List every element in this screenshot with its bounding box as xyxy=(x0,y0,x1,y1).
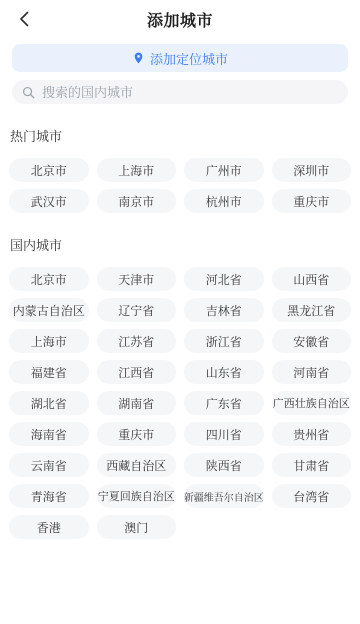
city-pill[interactable]: 杭州市 xyxy=(184,189,264,213)
city-pill[interactable]: 青海省 xyxy=(9,484,89,508)
city-pill[interactable]: 北京市 xyxy=(9,267,89,291)
city-grid: 北京市上海市广州市深圳市武汉市南京市杭州市重庆市 xyxy=(9,158,351,213)
chevron-left-icon xyxy=(19,11,29,27)
city-pill[interactable]: 北京市 xyxy=(9,158,89,182)
section-title: 国内城市 xyxy=(10,235,350,254)
city-pill[interactable]: 浙江省 xyxy=(184,329,264,353)
city-pill[interactable]: 重庆市 xyxy=(97,422,177,446)
city-pill[interactable]: 山东省 xyxy=(184,360,264,384)
city-pill[interactable]: 上海市 xyxy=(9,329,89,353)
city-pill[interactable]: 福建省 xyxy=(9,360,89,384)
search-bar xyxy=(12,80,348,104)
city-pill[interactable]: 澳门 xyxy=(97,515,177,539)
section-title: 热门城市 xyxy=(10,126,350,145)
city-sections: 热门城市北京市上海市广州市深圳市武汉市南京市杭州市重庆市国内城市北京市天津市河北… xyxy=(0,126,360,539)
city-pill[interactable]: 云南省 xyxy=(9,453,89,477)
city-pill[interactable]: 江苏省 xyxy=(97,329,177,353)
back-button[interactable] xyxy=(8,0,40,38)
city-pill[interactable]: 重庆市 xyxy=(272,189,352,213)
magnifier-icon xyxy=(22,86,35,99)
city-pill[interactable]: 甘肃省 xyxy=(272,453,352,477)
add-location-city-label: 添加定位城市 xyxy=(150,49,228,68)
city-pill[interactable]: 西藏自治区 xyxy=(97,453,177,477)
city-pill[interactable]: 陕西省 xyxy=(184,453,264,477)
city-pill[interactable]: 广西壮族自治区 xyxy=(272,391,352,415)
add-location-city-button[interactable]: 添加定位城市 xyxy=(12,44,348,72)
city-pill[interactable]: 湖南省 xyxy=(97,391,177,415)
city-pill[interactable]: 山西省 xyxy=(272,267,352,291)
city-pill[interactable]: 黑龙江省 xyxy=(272,298,352,322)
city-pill[interactable]: 吉林省 xyxy=(184,298,264,322)
city-pill[interactable]: 江西省 xyxy=(97,360,177,384)
city-pill[interactable]: 贵州省 xyxy=(272,422,352,446)
header: 添加城市 xyxy=(0,0,360,38)
city-pill[interactable]: 四川省 xyxy=(184,422,264,446)
city-pill[interactable]: 香港 xyxy=(9,515,89,539)
city-pill[interactable]: 武汉市 xyxy=(9,189,89,213)
city-pill[interactable]: 辽宁省 xyxy=(97,298,177,322)
city-pill[interactable]: 海南省 xyxy=(9,422,89,446)
city-pill[interactable]: 上海市 xyxy=(97,158,177,182)
search-input[interactable] xyxy=(42,85,338,100)
city-pill[interactable]: 台湾省 xyxy=(272,484,352,508)
city-pill[interactable]: 宁夏回族自治区 xyxy=(97,484,177,508)
location-pin-icon xyxy=(132,51,145,65)
page-title: 添加城市 xyxy=(147,8,213,31)
city-pill[interactable]: 内蒙古自治区 xyxy=(9,298,89,322)
city-pill[interactable]: 河北省 xyxy=(184,267,264,291)
city-pill[interactable]: 广州市 xyxy=(184,158,264,182)
city-pill[interactable]: 湖北省 xyxy=(9,391,89,415)
city-grid: 北京市天津市河北省山西省内蒙古自治区辽宁省吉林省黑龙江省上海市江苏省浙江省安徽省… xyxy=(9,267,351,539)
city-pill[interactable]: 新疆维吾尔自治区 xyxy=(184,484,264,508)
city-pill[interactable]: 天津市 xyxy=(97,267,177,291)
city-pill[interactable]: 广东省 xyxy=(184,391,264,415)
city-pill[interactable]: 深圳市 xyxy=(272,158,352,182)
city-pill[interactable]: 安徽省 xyxy=(272,329,352,353)
city-pill[interactable]: 南京市 xyxy=(97,189,177,213)
city-pill[interactable]: 河南省 xyxy=(272,360,352,384)
